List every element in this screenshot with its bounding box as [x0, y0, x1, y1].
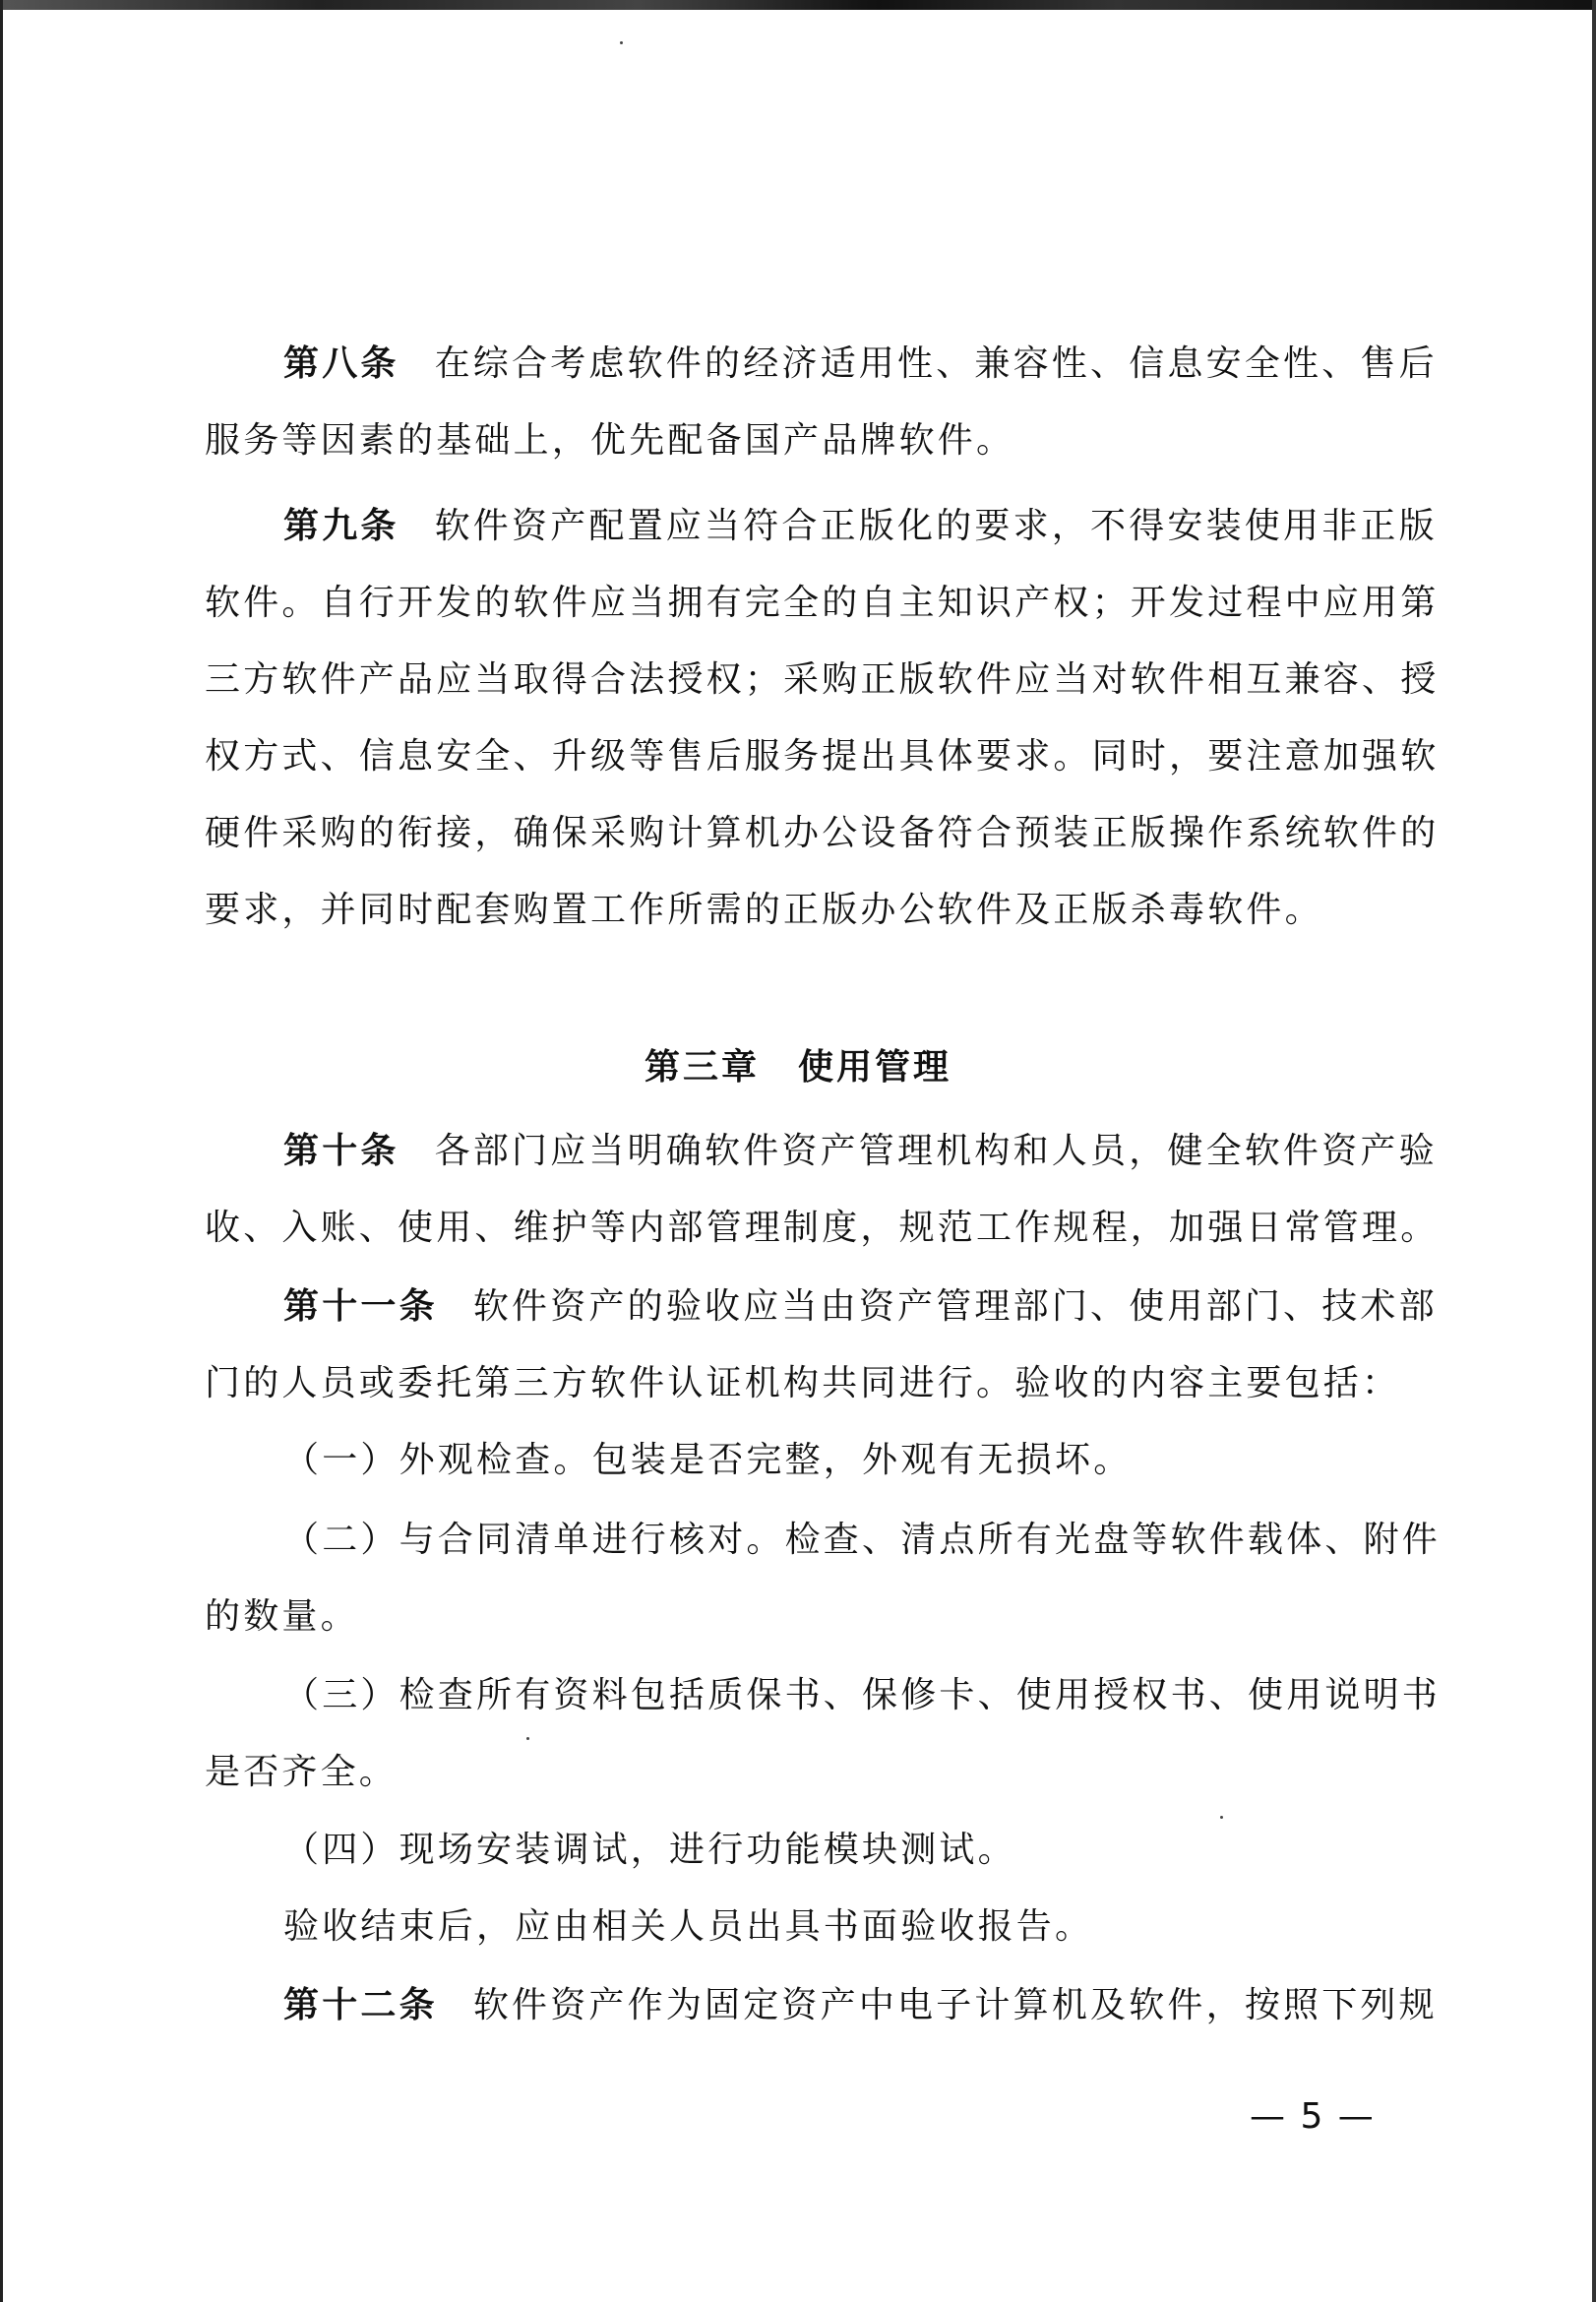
article-11-item-2-line-2: 的数量。 — [205, 1587, 1420, 1647]
article-9-line-5: 硬件采购的衔接，确保采购计算机办公设备符合预装正版操作系统软件的 — [205, 804, 1420, 863]
article-9-line-2: 软件。自行开发的软件应当拥有完全的自主知识产权；开发过程中应用第 — [205, 574, 1420, 633]
article-9-text: 软件资产配置应当符合正版化的要求，不得安装使用非正版 — [435, 506, 1438, 546]
article-11-line-2: 门的人员或委托第三方软件认证机构共同进行。验收的内容主要包括： — [205, 1354, 1420, 1413]
article-10-label: 第十条 — [283, 1131, 399, 1171]
article-11-line-1: 第十一条软件资产的验收应当由资产管理部门、使用部门、技术部 — [283, 1277, 1420, 1337]
article-9-line-4: 权方式、信息安全、升级等售后服务提出具体要求。同时，要注意加强软 — [205, 727, 1420, 786]
chapter-title: 第三章 使用管理 — [0, 1038, 1596, 1097]
article-11-item-4: （四）现场安装调试，进行功能模块测试。 — [283, 1821, 1420, 1880]
article-11-label: 第十一条 — [283, 1286, 438, 1327]
page-number: — 5 — — [1250, 2092, 1376, 2142]
article-8-line-1: 第八条在综合考虑软件的经济适用性、兼容性、信息安全性、售后 — [283, 335, 1420, 394]
article-12-label: 第十二条 — [283, 1985, 438, 2025]
article-8-text: 在综合考虑软件的经济适用性、兼容性、信息安全性、售后 — [435, 343, 1438, 384]
article-9-line-1: 第九条软件资产配置应当符合正版化的要求，不得安装使用非正版 — [283, 497, 1420, 556]
article-10-text: 各部门应当明确软件资产管理机构和人员，健全软件资产验 — [435, 1131, 1438, 1171]
article-9-line-6: 要求，并同时配套购置工作所需的正版办公软件及正版杀毒软件。 — [205, 881, 1420, 940]
article-12-line-1: 第十二条软件资产作为固定资产中电子计算机及软件，按照下列规 — [283, 1976, 1420, 2035]
scan-speck — [620, 41, 623, 44]
article-10-line-2: 收、入账、使用、维护等内部管理制度，规范工作规程，加强日常管理。 — [205, 1199, 1420, 1258]
article-8-line-2: 服务等因素的基础上，优先配备国产品牌软件。 — [205, 411, 1420, 470]
document-page: 第八条在综合考虑软件的经济适用性、兼容性、信息安全性、售后 服务等因素的基础上，… — [0, 0, 1596, 2302]
article-12-text: 软件资产作为固定资产中电子计算机及软件，按照下列规 — [473, 1985, 1438, 2025]
article-11-item-3-line-1: （三）检查所有资料包括质保书、保修卡、使用授权书、使用说明书 — [283, 1666, 1420, 1725]
article-11-item-1: （一）外观检查。包装是否完整，外观有无损坏。 — [283, 1431, 1420, 1490]
article-9-label: 第九条 — [283, 506, 399, 546]
article-11-item-3-line-2: 是否齐全。 — [205, 1743, 1420, 1802]
article-11-text: 软件资产的验收应当由资产管理部门、使用部门、技术部 — [473, 1286, 1438, 1327]
article-10-line-1: 第十条各部门应当明确软件资产管理机构和人员，健全软件资产验 — [283, 1122, 1420, 1181]
article-11-closing: 验收结束后，应由相关人员出具书面验收报告。 — [283, 1898, 1420, 1957]
scan-speck — [526, 1737, 529, 1740]
scan-speck — [1220, 1816, 1223, 1819]
article-8-label: 第八条 — [283, 343, 399, 384]
article-11-item-2-line-1: （二）与合同清单进行核对。检查、清点所有光盘等软件载体、附件 — [283, 1511, 1420, 1570]
article-9-line-3: 三方软件产品应当取得合法授权；采购正版软件应当对软件相互兼容、授 — [205, 651, 1420, 710]
